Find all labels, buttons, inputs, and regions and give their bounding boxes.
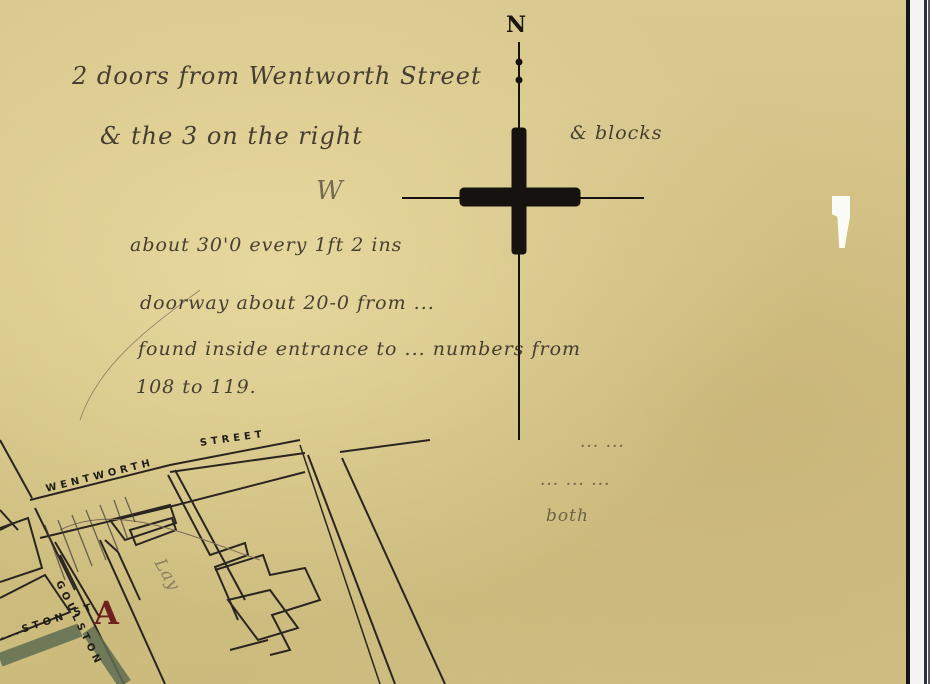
location-marker-a: A xyxy=(94,594,119,632)
handwritten-note: both xyxy=(546,506,589,526)
handwritten-note: & the 3 on the right xyxy=(100,122,363,150)
handwritten-note: ... ... xyxy=(580,432,625,452)
compass-rose-icon xyxy=(402,42,644,440)
handwritten-note: about 30'0 every 1ft 2 ins xyxy=(130,234,402,256)
compass-north-label: N xyxy=(506,12,526,38)
handwritten-note: found inside entrance to ... numbers fro… xyxy=(138,338,581,360)
handwritten-note: doorway about 20-0 from ... xyxy=(140,292,435,314)
handwritten-note: 108 to 119. xyxy=(136,376,257,398)
compass-west-label: W xyxy=(316,176,344,206)
handwritten-note: 2 doors from Wentworth Street xyxy=(72,62,482,90)
handwritten-note: & blocks xyxy=(570,122,663,144)
handwritten-note: ... ... ... xyxy=(540,470,610,490)
